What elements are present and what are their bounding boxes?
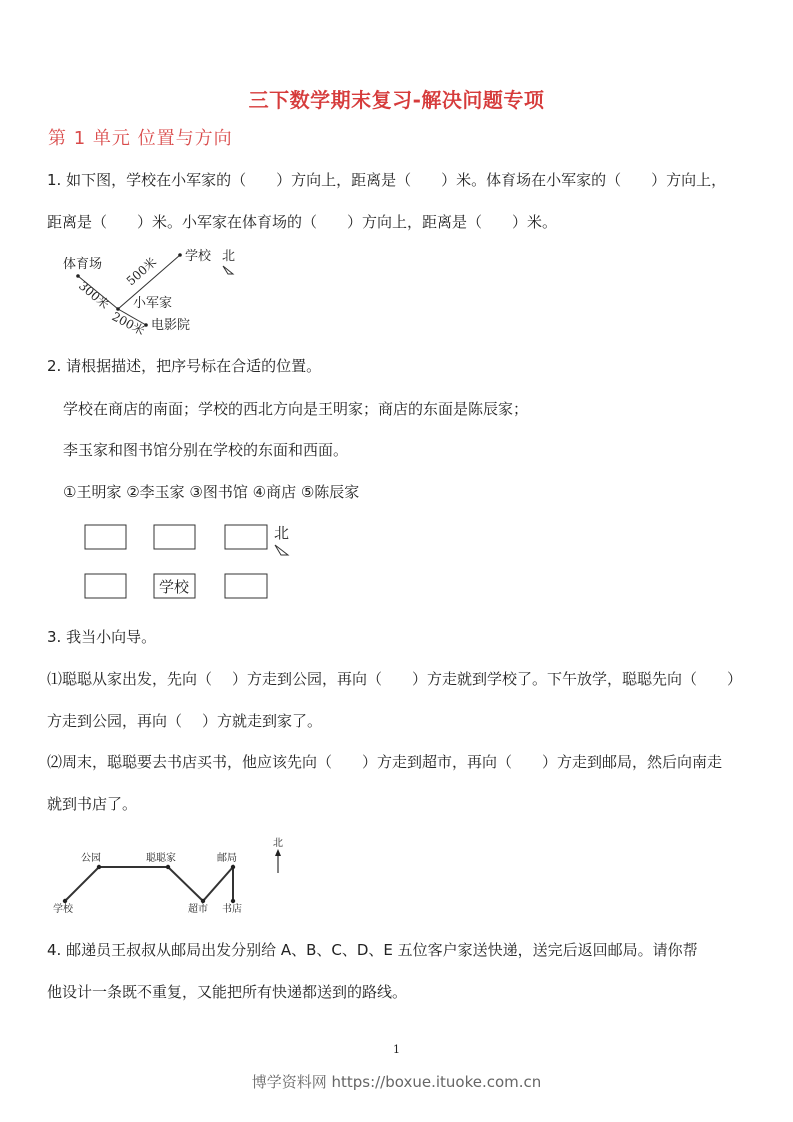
label-dist-cinema: 200米 xyxy=(110,308,148,338)
label-cinema: 电影院 xyxy=(151,317,190,333)
label-home: 聪聪家 xyxy=(146,851,176,864)
label-north: 北 xyxy=(222,249,235,264)
q1-text: 距离是（ xyxy=(47,213,107,231)
north-arrow-icon xyxy=(275,545,288,555)
label-park: 公园 xyxy=(81,852,101,864)
label-bookstore: 书店 xyxy=(222,902,242,915)
grid-box-e[interactable] xyxy=(225,574,267,598)
label-supermarket: 超市 xyxy=(188,902,208,915)
label-north: 北 xyxy=(274,524,289,542)
grid-box-w[interactable] xyxy=(85,574,126,598)
q3-part1-line-2: 方走到公园，再向（）方就走到家了。 xyxy=(47,711,322,731)
unit-title: 第 1 单元 位置与方向 xyxy=(48,124,233,150)
q1-line-1: 1. 如下图，学校在小军家的（）方向上，距离是（）米。体育场在小军家的（）方向上… xyxy=(47,170,726,190)
label-school: 学校 xyxy=(53,902,74,915)
label-dist-stadium: 300米 xyxy=(76,278,112,312)
q1-text: ）米。体育场在小军家的（ xyxy=(441,171,621,189)
q3-text: ）方走就到学校了。下午放学，聪聪先向（ xyxy=(412,670,697,688)
label-post-office: 邮局 xyxy=(217,851,237,864)
q3-line-1: 3. 我当小向导。 xyxy=(47,627,156,647)
q1-text: ）米。 xyxy=(512,213,557,231)
q1-text: ）米。小军家在体育场的（ xyxy=(137,213,317,231)
q3-route-map: 学校 公园 聪聪家 超市 邮局 书店 北 xyxy=(45,832,295,917)
q1-text: ）方向上，距离是（ xyxy=(347,213,482,231)
page-title: 三下数学期末复习-解决问题专项 xyxy=(0,84,793,113)
q3-text: ⑴聪聪从家出发，先向（ xyxy=(47,670,212,688)
label-dist-school: 500米 xyxy=(123,254,159,288)
q3-text: ⑵周末，聪聪要去书店买书，他应该先向（ xyxy=(47,753,332,771)
page-number: 1 xyxy=(0,1043,793,1056)
north-arrow-icon xyxy=(223,266,233,274)
q3-text: ）方走到邮局，然后向南走 xyxy=(542,753,722,771)
q3-text: ）方走到超市，再向（ xyxy=(362,753,512,771)
route-line xyxy=(65,867,233,901)
label-school: 学校 xyxy=(185,248,212,264)
north-arrow-icon xyxy=(275,849,281,873)
label-north: 北 xyxy=(273,837,283,849)
q2-line-4: ①王明家 ②李玉家 ③图书馆 ④商店 ⑤陈辰家 xyxy=(63,482,359,502)
grid-box-ne[interactable] xyxy=(225,525,267,549)
label-home: 小军家 xyxy=(133,296,172,311)
grid-box-n[interactable] xyxy=(154,525,195,549)
q1-text: 1. 如下图，学校在小军家的（ xyxy=(47,171,246,189)
q3-text: ）方走到公园，再向（ xyxy=(232,670,382,688)
q2-position-grid: 学校 北 xyxy=(80,518,300,608)
q3-part2-line-1: ⑵周末，聪聪要去书店买书，他应该先向（）方走到超市，再向（）方走到邮局，然后向南… xyxy=(47,752,722,772)
grid-box-nw[interactable] xyxy=(85,525,126,549)
q3-part1-line-1: ⑴聪聪从家出发，先向（）方走到公园，再向（）方走就到学校了。下午放学，聪聪先向（… xyxy=(47,669,742,689)
q1-direction-diagram: 体育场 学校 北 小军家 电影院 500米 300米 200米 xyxy=(55,243,255,338)
q4-line-2: 他设计一条既不重复，又能把所有快递都送到的路线。 xyxy=(47,982,407,1002)
q1-text: ）方向上， xyxy=(651,171,726,189)
q1-text: ）方向上，距离是（ xyxy=(276,171,411,189)
q4-line-1: 4. 邮递员王叔叔从邮局出发分别给 A、B、C、D、E 五位客户家送快递，送完后… xyxy=(47,940,698,960)
q3-text: 方走到公园，再向（ xyxy=(47,712,182,730)
q2-line-1: 2. 请根据描述，把序号标在合适的位置。 xyxy=(47,356,321,376)
q1-line-2: 距离是（）米。小军家在体育场的（）方向上，距离是（）米。 xyxy=(47,212,557,232)
label-stadium: 体育场 xyxy=(63,256,102,272)
q2-line-2: 学校在商店的南面；学校的西北方向是王明家；商店的东面是陈辰家； xyxy=(63,399,528,419)
q3-text: ） xyxy=(727,670,742,688)
q3-text: ）方就走到家了。 xyxy=(202,712,322,730)
label-school: 学校 xyxy=(159,578,190,596)
footer-site-link[interactable]: 博学资料网 https://boxue.ituoke.com.cn xyxy=(0,1071,793,1092)
q2-line-3: 李玉家和图书馆分别在学校的东面和西面。 xyxy=(63,440,348,460)
q3-part2-line-2: 就到书店了。 xyxy=(47,794,137,814)
